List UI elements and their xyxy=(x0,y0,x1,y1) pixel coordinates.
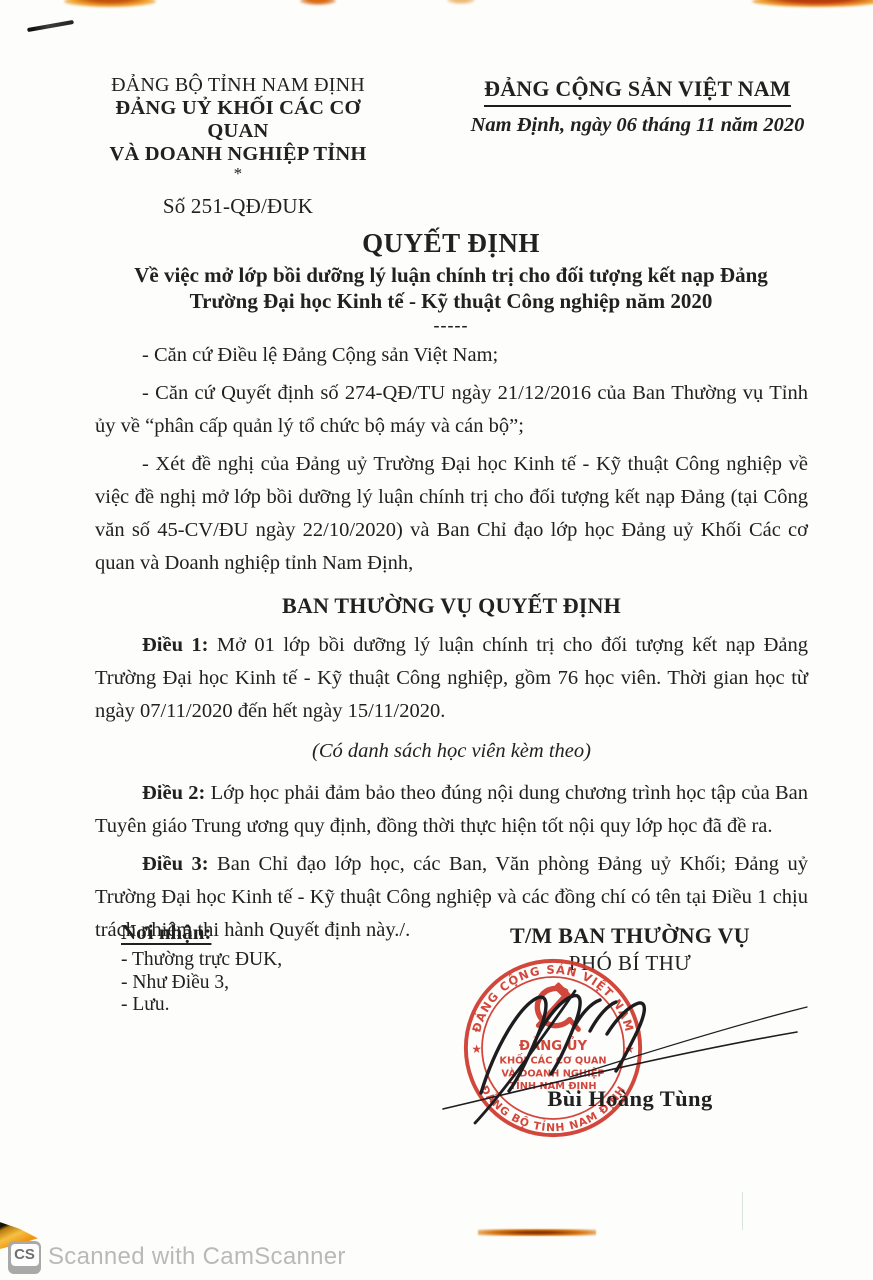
document-subtitle-line2: Trường Đại học Kinh tế - Kỹ thuật Công n… xyxy=(95,288,807,314)
title-divider: ----- xyxy=(95,315,807,336)
basis-paragraph-3: - Xét đề nghị của Đảng uỷ Trường Đại học… xyxy=(95,448,808,580)
scan-artifact-faint-line xyxy=(742,1192,743,1230)
article-2: Điều 2: Lớp học phải đảm bảo theo đúng n… xyxy=(95,777,808,843)
party-committee-line2: VÀ DOANH NGHIỆP TỈNH xyxy=(92,143,384,166)
attachment-note: (Có danh sách học viên kèm theo) xyxy=(95,735,808,768)
scan-artifact-bottom-streak xyxy=(478,1229,596,1236)
pen-mark xyxy=(27,20,74,32)
scan-artifact-top-right xyxy=(752,0,873,7)
place-and-date: Nam Định, ngày 06 tháng 11 năm 2020 xyxy=(450,114,825,137)
camscanner-watermark: Scanned with CamScanner xyxy=(48,1243,346,1271)
document-subtitle-line1: Về việc mở lớp bồi dưỡng lý luận chính t… xyxy=(95,262,807,288)
recipient-item: - Thường trực ĐUK, xyxy=(121,949,282,972)
issuing-authority-block: ĐẢNG BỘ TỈNH NAM ĐỊNH ĐẢNG UỶ KHỐI CÁC C… xyxy=(92,74,384,218)
recipients-heading: Nơi nhận: xyxy=(121,920,282,945)
basis-paragraph-1: - Căn cứ Điều lệ Đảng Cộng sản Việt Nam; xyxy=(95,339,808,372)
document-number: Số 251-QĐ/ĐUK xyxy=(92,195,384,218)
basis-paragraph-2: - Căn cứ Quyết định số 274-QĐ/TU ngày 21… xyxy=(95,377,808,443)
article-1-label: Điều 1: xyxy=(142,634,209,656)
national-header-block: ĐẢNG CỘNG SẢN VIỆT NAM Nam Định, ngày 06… xyxy=(450,76,825,137)
recipient-item: - Như Điều 3, xyxy=(121,972,282,995)
decision-heading: BAN THƯỜNG VỤ QUYẾT ĐỊNH xyxy=(95,589,808,622)
document-title: QUYẾT ĐỊNH xyxy=(95,228,807,259)
document-body: - Căn cứ Điều lệ Đảng Cộng sản Việt Nam;… xyxy=(95,339,808,952)
cs-camscanner-icon: CS xyxy=(8,1241,41,1274)
scan-artifact-top-2 xyxy=(300,0,336,5)
recipients-block: Nơi nhận: - Thường trực ĐUK, - Như Điều … xyxy=(121,920,282,1017)
scanned-document-page: ĐẢNG BỘ TỈNH NAM ĐỊNH ĐẢNG UỶ KHỐI CÁC C… xyxy=(0,0,873,1280)
province-party-line: ĐẢNG BỘ TỈNH NAM ĐỊNH xyxy=(92,74,384,97)
article-2-label: Điều 2: xyxy=(142,782,205,804)
scan-artifact-top-1 xyxy=(64,0,156,7)
signing-authority: T/M BAN THƯỜNG VỤ xyxy=(455,923,805,949)
recipient-item: - Lưu. xyxy=(121,994,282,1017)
article-1: Điều 1: Mở 01 lớp bồi dưỡng lý luận chín… xyxy=(95,629,808,728)
signer-name: Bùi Hoàng Tùng xyxy=(455,1086,805,1112)
scan-artifact-top-3 xyxy=(447,0,475,4)
separator-star: * xyxy=(92,166,384,182)
article-3-label: Điều 3: xyxy=(142,853,209,875)
document-title-block: QUYẾT ĐỊNH Về việc mở lớp bồi dưỡng lý l… xyxy=(95,228,807,336)
party-committee-line1: ĐẢNG UỶ KHỐI CÁC CƠ QUAN xyxy=(92,97,384,143)
party-name: ĐẢNG CỘNG SẢN VIỆT NAM xyxy=(484,76,791,107)
cs-icon-label: CS xyxy=(11,1244,39,1266)
